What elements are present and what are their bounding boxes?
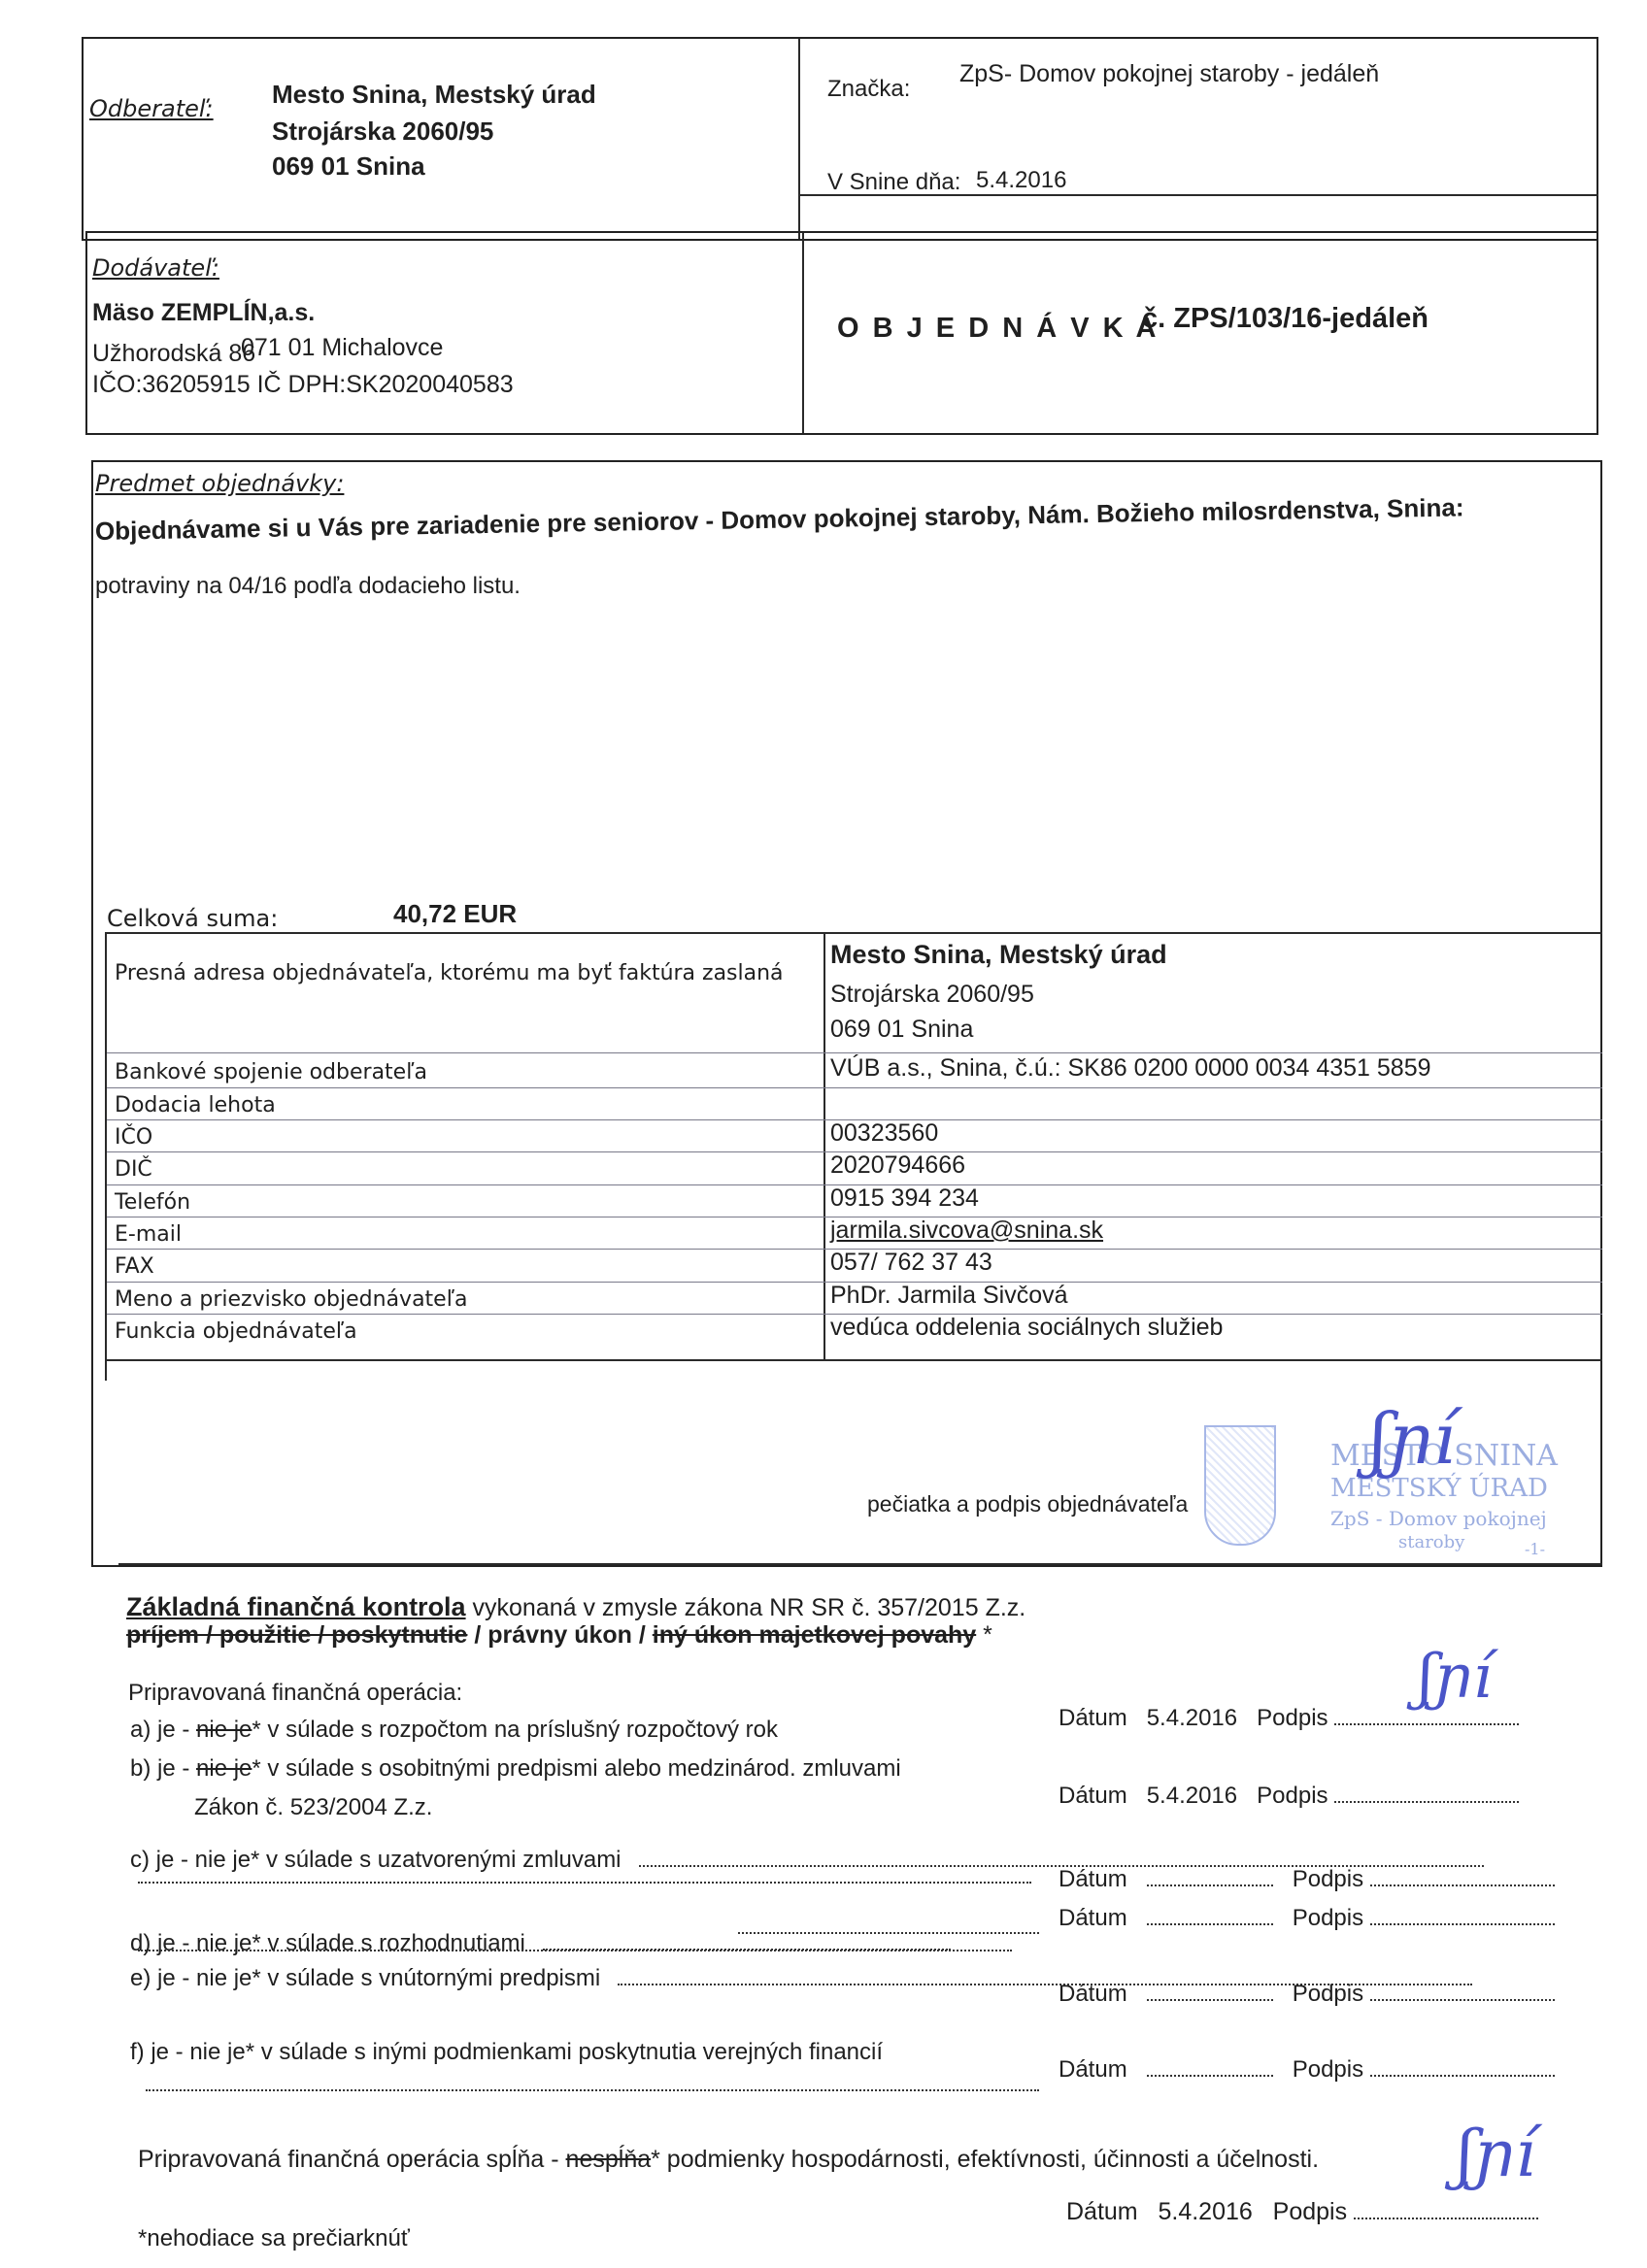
datum-label: Dátum [1059, 1981, 1127, 2007]
datum-podpis-row: Dátum 5.4.2016 Podpis [1059, 1783, 1519, 1810]
datum-podpis-row: Dátum Podpis [1059, 1866, 1555, 1893]
signature-field[interactable] [1334, 1723, 1519, 1725]
fill-line[interactable] [138, 1882, 1031, 1884]
control-title-rest: vykonaná v zmysle zákona NR SR č. 357/20… [466, 1594, 1026, 1621]
signature-field[interactable] [1370, 1999, 1555, 2001]
subject-label: Predmet objednávky: [95, 470, 344, 497]
datum-label: Dátum [1059, 1705, 1127, 1731]
control-title: Základná finančná kontrola [126, 1592, 466, 1621]
struck-property: iný úkon majetkovej povahy [653, 1621, 976, 1649]
datum-label: Dátum [1059, 1905, 1127, 1931]
datum-podpis-row: Dátum Podpis [1059, 2056, 1555, 2084]
detail-value: VÚB a.s., Snina, č.ú.: SK86 0200 0000 00… [830, 1054, 1431, 1083]
footnote: *nehodiace sa prečiarknúť [138, 2225, 410, 2252]
datum-field[interactable] [1147, 1884, 1273, 1886]
datum-field[interactable] [1147, 1999, 1273, 2001]
fill-line[interactable] [146, 2089, 1039, 2091]
detail-label: IČO [115, 1125, 152, 1150]
item-struck: nie je [196, 1755, 252, 1782]
date-label: V Snine dňa: [827, 169, 960, 196]
item-text: c) je - nie je* v súlade s uzatvorenými … [130, 1847, 622, 1873]
detail-label: Funkcia objednávateľa [115, 1319, 357, 1344]
final-struck: nespĺňa [566, 2146, 652, 2173]
supplier-city: 071 01 Michalovce [241, 334, 443, 362]
detail-label: Dodacia lehota [115, 1093, 276, 1117]
final-date: 5.4.2016 [1158, 2198, 1252, 2225]
detail-value: 00323560 [830, 1119, 938, 1148]
detail-value[interactable]: jarmila.sivcova@snina.sk [830, 1217, 1103, 1245]
final-signoff: Dátum 5.4.2016 Podpis [1066, 2198, 1538, 2226]
detail-value: PhDr. Jarmila Sivčová [830, 1282, 1068, 1310]
fill-line[interactable] [138, 1950, 1012, 1951]
datum-podpis-row: Dátum Podpis [1059, 1981, 1555, 2008]
znacka-value: ZpS- Domov pokojnej staroby - jedáleň [959, 60, 1379, 88]
detail-value: 2020794666 [830, 1151, 965, 1180]
control-intro: Pripravovaná finančná operácia: [128, 1680, 462, 1707]
total-label: Celková suma: [107, 905, 278, 932]
signature-a: ʃɲí [1418, 1641, 1493, 1712]
datum-label: Dátum [1066, 2198, 1138, 2225]
datum-label: Dátum [1059, 2056, 1127, 2083]
datum-value: 5.4.2016 [1147, 1705, 1237, 1731]
legal-act: / právny úkon / [467, 1621, 652, 1649]
item-text: e) je - nie je* v súlade s vnútornými pr… [130, 1965, 600, 1991]
address-label: Presná adresa objednávateľa, ktorému ma … [115, 961, 784, 985]
detail-label: E-mail [115, 1222, 182, 1247]
signature-stamp-area: ʃɲí [1369, 1398, 1456, 1480]
signature-line[interactable] [1354, 2218, 1538, 2219]
fill-line[interactable] [738, 1932, 1039, 1934]
order-document: Odberateľ: Mesto Snina, Mestský úrad Str… [0, 0, 1647, 2268]
detail-label: DIČ [115, 1157, 152, 1182]
stamp-label: pečiatka a podpis objednávateľa [867, 1491, 1188, 1518]
coat-of-arms-icon [1204, 1425, 1276, 1546]
odberatel-street: Strojárska 2060/95 [272, 117, 493, 147]
stamp-line-4: staroby [1398, 1532, 1464, 1552]
stamp-line-5: -1- [1525, 1540, 1545, 1558]
control-type-line: príjem / použitie / poskytnutie / právny… [126, 1621, 992, 1650]
item-rest: * v súlade s rozpočtom na príslušný rozp… [252, 1717, 778, 1743]
final-statement: Pripravovaná finančná operácia spĺňa - n… [138, 2146, 1319, 2174]
struck-income: príjem / použitie / poskytnutie [126, 1621, 467, 1649]
podpis-label: Podpis [1293, 1981, 1363, 2007]
address-name: Mesto Snina, Mestský úrad [830, 940, 1167, 970]
supplier-label: Dodávateľ: [92, 254, 219, 282]
detail-value: vedúca oddelenia sociálnych služieb [830, 1314, 1223, 1342]
final-prefix: Pripravovaná finančná operácia spĺňa - [138, 2146, 566, 2173]
order-number: č. ZPS/103/16-jedáleň [1142, 303, 1429, 335]
detail-value: 057/ 762 37 43 [830, 1249, 992, 1277]
control-item: f) je - nie je* v súlade s inými podmien… [130, 2039, 883, 2066]
subject-detail: potraviny na 04/16 podľa dodacieho listu… [95, 573, 521, 600]
detail-label: Telefón [115, 1190, 190, 1215]
supplier-ids: IČO:36205915 IČ DPH:SK2020040583 [92, 371, 514, 399]
asterisk: * [976, 1621, 992, 1649]
supplier-street: Užhorodská 86 [92, 340, 255, 368]
odberatel-name: Mesto Snina, Mestský úrad [272, 80, 596, 110]
podpis-label: Podpis [1293, 2056, 1363, 2083]
podpis-label: Podpis [1257, 1705, 1328, 1731]
final-rest: * podmienky hospodárnosti, efektívnosti,… [651, 2146, 1319, 2173]
podpis-label: Podpis [1293, 1866, 1363, 1892]
odberatel-city: 069 01 Snina [272, 151, 425, 182]
detail-label: Bankové spojenie odberateľa [115, 1060, 427, 1084]
supplier-name: Mäso ZEMPLÍN,a.s. [92, 299, 315, 327]
signature-field[interactable] [1370, 2075, 1555, 2077]
detail-label: Meno a priezvisko objednávateľa [115, 1287, 467, 1312]
podpis-label: Podpis [1257, 1783, 1328, 1809]
datum-label: Dátum [1059, 1783, 1127, 1809]
address-street: Strojárska 2060/95 [830, 981, 1034, 1009]
date-value: 5.4.2016 [976, 167, 1066, 194]
control-item: b) je - nie je* v súlade s osobitnými pr… [130, 1755, 901, 1783]
item-text: b) je - [130, 1755, 196, 1782]
signature-final: ʃɲí [1457, 2117, 1536, 2191]
stamp-line-3: ZpS - Domov pokojnej [1330, 1507, 1547, 1530]
item-struck: nie je [196, 1717, 252, 1743]
datum-field[interactable] [1147, 1923, 1273, 1925]
order-title: O B J E D N Á V K A [837, 313, 1159, 345]
podpis-label: Podpis [1293, 1905, 1363, 1931]
datum-value: 5.4.2016 [1147, 1783, 1237, 1809]
control-heading: Základná finančná kontrola vykonaná v zm… [126, 1592, 1025, 1622]
address-city: 069 01 Snina [830, 1016, 973, 1044]
podpis-label: Podpis [1273, 2198, 1347, 2225]
signature-field[interactable] [1370, 1884, 1555, 1886]
detail-label: FAX [115, 1254, 154, 1279]
item-text: f) je - nie je* v súlade s inými podmien… [130, 2039, 883, 2065]
item-rest: * v súlade s osobitnými predpismi alebo … [252, 1755, 900, 1782]
signature-field[interactable] [1334, 1801, 1519, 1803]
detail-value: 0915 394 234 [830, 1184, 979, 1213]
control-item: d) je - nie je* v súlade s rozhodnutiami [130, 1930, 951, 1957]
item-subtext: Zákon č. 523/2004 Z.z. [194, 1794, 432, 1821]
datum-field[interactable] [1147, 2075, 1273, 2077]
datum-podpis-row: Dátum Podpis [1059, 1905, 1555, 1932]
control-item: a) je - nie je* v súlade s rozpočtom na … [130, 1717, 778, 1744]
item-text: d) je - nie je* v súlade s rozhodnutiami [130, 1930, 525, 1956]
znacka-label: Značka: [827, 76, 910, 103]
datum-label: Dátum [1059, 1866, 1127, 1892]
item-text: a) je - [130, 1717, 196, 1743]
odberatel-label: Odberateľ: [89, 95, 214, 122]
total-value: 40,72 EUR [393, 899, 517, 929]
signature-field[interactable] [1370, 1923, 1555, 1925]
